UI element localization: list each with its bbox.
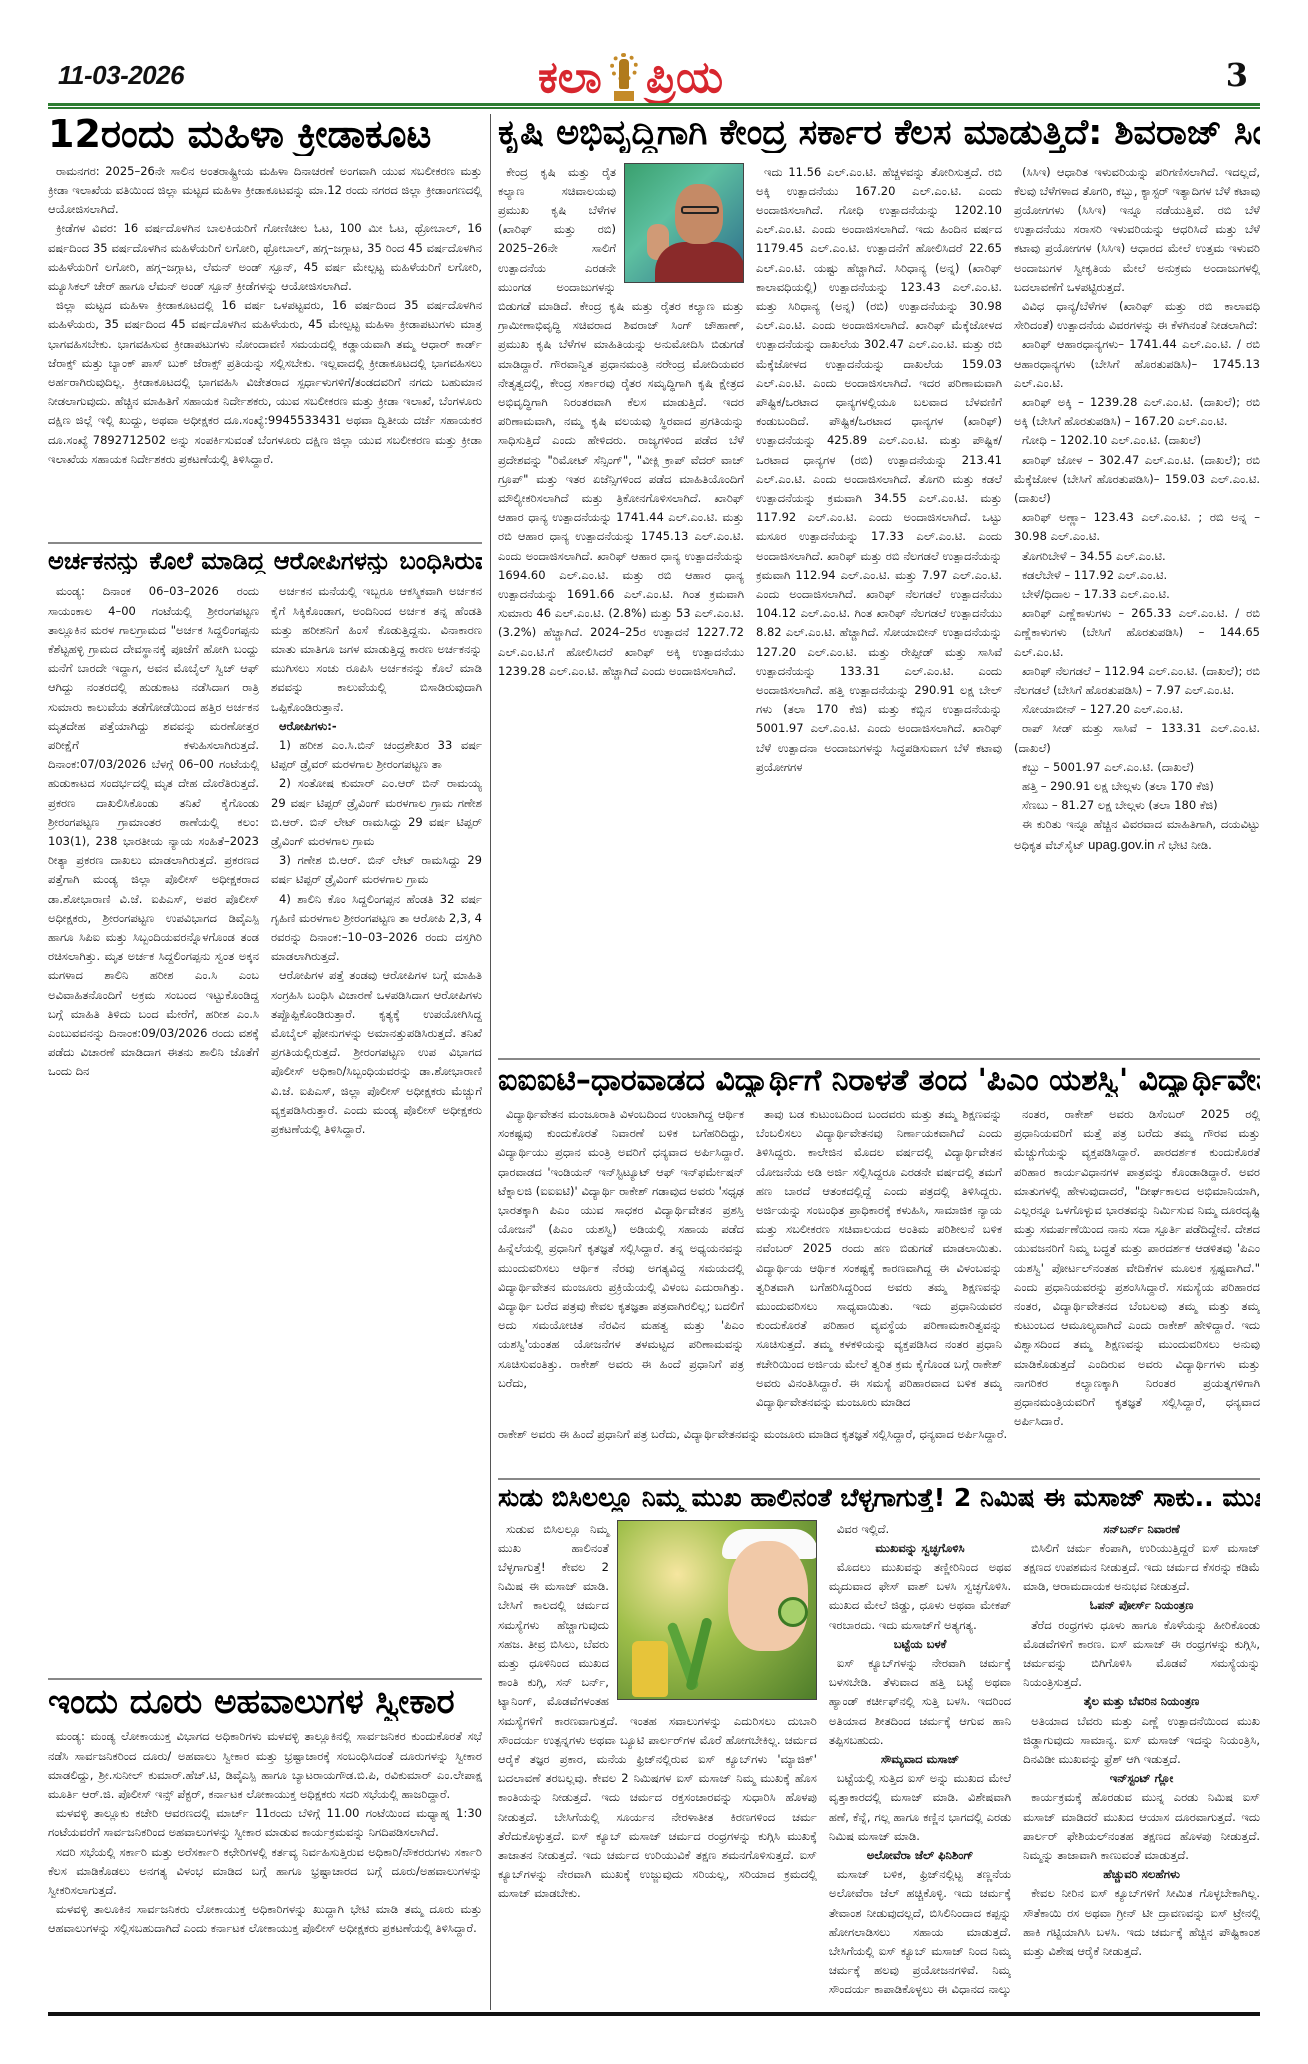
- closing-line: ರಾಕೇಶ್ ಅವರು ಈ ಹಿಂದೆ ಪ್ರಧಾನಿಗೆ ಪತ್ರ ಬರೆದು…: [498, 1425, 1260, 1444]
- paragraph: ಮಳವಳ್ಳಿ ತಾಲೂಕಿನ ಸಾರ್ವಜನಿಕರು ಲೋಕಾಯುಕ್ತ ಅಧ…: [48, 1900, 482, 1938]
- headline: ಸುಡು ಬಿಸಿಲಲ್ಲೂ ನಿಮ್ಮ ಮುಖ ಹಾಲಿನಂತೆ ಬೆಳ್ಳಗ…: [498, 1484, 1260, 1512]
- column-divider: [490, 114, 491, 2010]
- article-agriculture: ಕೃಷಿ ಅಭಿವೃದ್ಧಿಗಾಗಿ ಕೇಂದ್ರ ಸರ್ಕಾರ ಕೆಲಸ ಮಾ…: [498, 114, 1260, 1054]
- paragraph: ರಾಮನಗರ: 2025–26ನೇ ಸಾಲಿನ ಅಂತರಾಷ್ಟ್ರೀಯ ಮಹಿ…: [48, 162, 482, 220]
- paragraph: ವಿವಿಧ ಧಾನ್ಯ/ಬೆಳೆಗಳ (ಖಾರಿಫ್ ಮತ್ತು ರಬಿ ಕಾಲ…: [1014, 297, 1260, 335]
- stat-item: ಖಾರಿಫ್ ಅಣ್ಣಾ– 123.43 ಎಲ್.ಎಂ.ಟಿ. ; ರಬಿ ಅನ…: [1014, 508, 1260, 546]
- subheading: ಬಟ್ಟೆಯ ಬಳಕೆ: [829, 1635, 1011, 1654]
- article-columns: ಮಂಡ್ಯ: ದಿನಾಂಕ 06–03–2026 ರಂದು ಸಾಯಂಕಾಲ 4–…: [48, 582, 482, 1642]
- headline: ಅರ್ಚಕನನ್ನು ಕೊಲೆ ಮಾಡಿದ್ದ ಆರೋಪಿಗಳನ್ನು ಬಂಧಿ…: [48, 548, 482, 574]
- paragraph: ಆರೋಪಿಗಳ ಪತ್ತೆ ತಂಡವು ಆರೋಪಿಗಳ ಬಗ್ಗೆ ಮಾಹಿತಿ…: [271, 966, 482, 1139]
- accused-item: 2) ಸಂತೋಷ ಕುಮಾರ್ ಎಂ.ಆರ್ ಬಿನ್ ರಾಮಯ್ಯ 29 ವರ…: [271, 774, 482, 851]
- article-body: ರಾಮನಗರ: 2025–26ನೇ ಸಾಲಿನ ಅಂತರಾಷ್ಟ್ರೀಯ ಮಹಿ…: [48, 162, 482, 469]
- article-scholarship: ಐಐಐಟಿ–ಧಾರವಾಡದ ವಿದ್ಯಾರ್ಥಿಗೆ ನಿರಾಳತೆ ತಂದ '…: [498, 1064, 1260, 1464]
- paragraph: ಅತಿಯಾದ ಬೆವರು ಮತ್ತು ಎಣ್ಣೆ ಉತ್ಪಾದನೆಯಿಂದ ಮು…: [1023, 1712, 1260, 1770]
- masthead: 11-03-2026 ಕಲಾ ಪ್ರಿಯ 3: [48, 48, 1260, 108]
- stat-item: ಕಬ್ಬು – 5001.97 ಎಲ್.ಎಂ.ಟಿ. (ದಾಖಲೆ): [1014, 758, 1260, 777]
- article-sports: 12ರಂದು ಮಹಿಳಾ ಕ್ರೀಡಾಕೂಟ ರಾಮನಗರ: 2025–26ನೇ…: [48, 114, 482, 514]
- masthead-rule: [48, 103, 1260, 109]
- article-columns: ಕೇಂದ್ರ ಕೃಷಿ ಮತ್ತು ರೈತ ಕಲ್ಯಾಣ ಸಚಿವಾಲಯವು ಪ…: [498, 163, 1260, 1043]
- column: ಇದು 11.56 ಎಲ್.ಎಂ.ಟಿ. ಹೆಚ್ಚಳವನ್ನು ತೋರಿಸುತ…: [756, 163, 1002, 1043]
- subheading: ಇನ್‌ಸ್ಟಂಟ್ ಗ್ಲೋ: [1023, 1769, 1260, 1788]
- paragraph: ವಿದ್ಯಾರ್ಥಿವೇತನ ಮಂಜೂರಾತಿ ವಿಳಂಬದಿಂದ ಉಂಟಾಗಿ…: [498, 1105, 744, 1393]
- website-link[interactable]: upag.gov.in: [1088, 837, 1154, 852]
- stat-item: ರಾಪ್ ಸೀಡ್ ಮತ್ತು ಸಾಸಿವೆ – 133.31 ಎಲ್.ಎಂ.ಟ…: [1014, 719, 1260, 757]
- footer-text: ಗೆ ಭೇಟಿ ನೀಡಿ.: [1158, 838, 1212, 852]
- paragraph: ಐಸ್ ಕ್ಯೂಬ್‌ಗಳನ್ನು ನೇರವಾಗಿ ಚರ್ಮಕ್ಕೆ ಬಳಸಬೇ…: [829, 1654, 1011, 1750]
- stat-item: ಖಾರಿಫ್ ಎಣ್ಣೆಕಾಳುಗಳು – 265.33 ಎಲ್.ಎಂ.ಟಿ. …: [1014, 604, 1260, 662]
- subheading: ತೈಲ ಮತ್ತು ಬೆವರಿನ ನಿಯಂತ್ರಣ: [1023, 1692, 1260, 1711]
- divider: [48, 1678, 482, 1680]
- paragraph: ಜಿಲ್ಲಾ ಮಟ್ಟದ ಮಹಿಳಾ ಕ್ರೀಡಾಕೂಟದಲ್ಲಿ 16 ವರ್…: [48, 296, 482, 469]
- divider: [498, 1058, 1260, 1060]
- subheading: ಓಪನ್ ಪೋರ್ಸ್ ನಿಯಂತ್ರಣ: [1023, 1596, 1260, 1615]
- subheading: ಅಲೋವೆರಾ ಜೆಲ್ ಫಿನಿಶಿಂಗ್: [829, 1846, 1011, 1865]
- divider: [48, 542, 482, 544]
- article-columns: ಸುಡುವ ಬಿಸಿಲಲ್ಲೂ ನಿಮ್ಮ ಮುಖ ಹಾಲಿನಂತೆ ಬೆಳ್ಳ…: [498, 1520, 1260, 2000]
- logo-text-right: ಪ್ರಿಯ: [646, 52, 723, 103]
- stat-item: ಹತ್ತಿ – 290.91 ಲಕ್ಷ ಬೇಲ್ಗಳು (ತಲಾ 170 ಕೆಜ…: [1014, 777, 1260, 796]
- column: ತಾವು ಬಡ ಕುಟುಂಬದಿಂದ ಬಂದವರು ಮತ್ತು ತಮ್ಮ ಶಿಕ…: [756, 1105, 1002, 1425]
- paragraph: ಬಟ್ಟೆಯಲ್ಲಿ ಸುತ್ತಿದ ಐಸ್ ಅನ್ನು ಮುಖದ ಮೇಲೆ ವ…: [829, 1769, 1011, 1846]
- paragraph: ಅರ್ಚಕನ ಮನೆಯಲ್ಲಿ ಇಬ್ಬರೂ ಆಕಸ್ಮಿಕವಾಗಿ ಅರ್ಚಕ…: [271, 582, 482, 716]
- issue-date: 11-03-2026: [58, 60, 184, 91]
- newspaper-logo: ಕಲಾ ಪ್ರಿಯ: [538, 48, 723, 106]
- column: ಅರ್ಚಕನ ಮನೆಯಲ್ಲಿ ಇಬ್ಬರೂ ಆಕಸ್ಮಿಕವಾಗಿ ಅರ್ಚಕ…: [271, 582, 482, 1642]
- logo-text-left: ಕಲಾ: [538, 52, 602, 103]
- stat-item: ಖಾರಿಫ್ ಅಕ್ಕಿ – 1239.28 ಎಲ್.ಎಂ.ಟಿ. (ದಾಖಲೆ…: [1014, 393, 1260, 431]
- column: ನಂತರ, ರಾಕೇಶ್ ಅವರು ಡಿಸೆಂಬರ್ 2025 ರಲ್ಲಿ ಪ್…: [1014, 1105, 1260, 1425]
- paragraph: ಕಾರ್ಯಕ್ರಮಕ್ಕೆ ಹೊರಡುವ ಮುನ್ನ ಎರಡು ನಿಮಿಷ ಐಸ…: [1023, 1788, 1260, 1865]
- article-columns: ವಿದ್ಯಾರ್ಥಿವೇತನ ಮಂಜೂರಾತಿ ವಿಳಂಬದಿಂದ ಉಂಟಾಗಿ…: [498, 1105, 1260, 1425]
- paragraph: ಮಂಡ್ಯ: ಮಂಡ್ಯ ಲೋಕಾಯುಕ್ತ ವಿಭಾಗದ ಅಧಿಕಾರಿಗಳು…: [48, 1727, 482, 1804]
- page-bottom-rule: [48, 2012, 1260, 2016]
- paragraph: ಕೇವಲ ನೀರಿನ ಐಸ್ ಕ್ಯೂಬ್‌ಗಳಿಗೆ ಸೀಮಿತ ಗೊಳ್ಳಬ…: [1023, 1884, 1260, 1961]
- article-arrest: ಅರ್ಚಕನನ್ನು ಕೊಲೆ ಮಾಡಿದ್ದ ಆರೋಪಿಗಳನ್ನು ಬಂಧಿ…: [48, 548, 482, 1654]
- headline: 12ರಂದು ಮಹಿಳಾ ಕ್ರೀಡಾಕೂಟ: [48, 114, 482, 156]
- subheading: ಹೆಚ್ಚುವರಿ ಸಲಹೆಗಳು: [1023, 1865, 1260, 1884]
- stat-item: ಖಾರಿಫ್ ನೆಲಗಡಲೆ – 112.94 ಎಲ್.ಎಂ.ಟಿ. (ದಾಖಲ…: [1014, 662, 1260, 700]
- article-complaints: ಇಂದು ದೂರು ಅಹವಾಲುಗಳ ಸ್ವೀಕಾರ ಮಂಡ್ಯ: ಮಂಡ್ಯ …: [48, 1684, 482, 2004]
- accused-item: 1) ಹರೀಶ ಎಂ.ಸಿ.ಬಿನ್ ಚಂದ್ರಶೇಖರ 33 ವರ್ಷ ಟಿಪ…: [271, 736, 482, 774]
- paragraph: ನಂತರ, ರಾಕೇಶ್ ಅವರು ಡಿಸೆಂಬರ್ 2025 ರಲ್ಲಿ ಪ್…: [1014, 1105, 1260, 1425]
- paragraph: ತಾವು ಬಡ ಕುಟುಂಬದಿಂದ ಬಂದವರು ಮತ್ತು ತಮ್ಮ ಶಿಕ…: [756, 1105, 1002, 1412]
- subheading: ಸೌಮ್ಯವಾದ ಮಸಾಜ್: [829, 1750, 1011, 1769]
- paragraph: ಮೊದಲು ಮುಖವನ್ನು ತಣ್ಣೀರಿನಿಂದ ಅಥವ ಮೃದುವಾದ ಫ…: [829, 1558, 1011, 1635]
- paragraph: ಸದರಿ ಸಭೆಯಲ್ಲಿ ಸರ್ಕಾರಿ ಮತ್ತು ಅರೆಸರ್ಕಾರಿ ಕ…: [48, 1843, 482, 1901]
- column: ಮಂಡ್ಯ: ದಿನಾಂಕ 06–03–2026 ರಂದು ಸಾಯಂಕಾಲ 4–…: [48, 582, 259, 1642]
- woman-cucumber-photo: [617, 1520, 817, 1700]
- stat-item: ತೊಗರಿಬೇಳೆ – 34.55 ಎಲ್.ಎಂ.ಟಿ.: [1014, 547, 1260, 566]
- subheading: ಸನ್‌ಬರ್ನ್ ನಿವಾರಣೆ: [1023, 1520, 1260, 1539]
- stat-item: ಕಡಲೆಬೇಳೆ – 117.92 ಎಲ್.ಎಂ.ಟಿ.: [1014, 566, 1260, 585]
- paragraph: (ಸಿಸಿಇ) ಆಧಾರಿತ ಇಳುವರಿಯನ್ನು ಪರಿಗಣಿಸಲಾಗಿದೆ…: [1014, 163, 1260, 297]
- paragraph: ಮಳವಳ್ಳಿ ತಾಲ್ಲೂಕು ಕಚೇರಿ ಆವರಣದಲ್ಲಿ ಮಾರ್ಚ್ …: [48, 1804, 482, 1842]
- article-body: ಮಂಡ್ಯ: ಮಂಡ್ಯ ಲೋಕಾಯುಕ್ತ ವಿಭಾಗದ ಅಧಿಕಾರಿಗಳು…: [48, 1727, 482, 1938]
- stat-item: ಸೆಣಬು – 81.27 ಲಕ್ಷ ಬೇಲ್ಗಳು (ತಲಾ 180 ಕೆಜಿ…: [1014, 796, 1260, 815]
- paragraph: ಮಸಾಜ್ ಬಳಿಕ, ಫ್ರಿಜ್‌ನಲ್ಲಿಟ್ಟ ತಣ್ಣನೆಯ ಅಲೋವ…: [829, 1865, 1011, 1999]
- subheading: ಮುಖವನ್ನು ಸ್ವಚ್ಛಗೊಳಿಸಿ: [829, 1539, 1011, 1558]
- paragraph: ಕ್ರೀಡೆಗಳ ವಿವರ: 16 ವರ್ಷದೊಳಗಿನ ಬಾಲಕಿಯರಿಗೆ …: [48, 219, 482, 296]
- column: (ಸಿಸಿಇ) ಆಧಾರಿತ ಇಳುವರಿಯನ್ನು ಪರಿಗಣಿಸಲಾಗಿದೆ…: [1014, 163, 1260, 1043]
- column: ವಿವರ ಇಲ್ಲಿದೆ. ಮುಖವನ್ನು ಸ್ವಚ್ಛಗೊಳಿಸಿ ಮೊದಲ…: [829, 1520, 1011, 2000]
- stat-item: ಬೇಳೆ/ಧಿದಾಲ – 17.33 ಎಲ್.ಎಂ.ಟಿ.: [1014, 585, 1260, 604]
- paragraph: ತೆರೆದ ರಂಧ್ರಗಳು ಧೂಳು ಹಾಗೂ ಕೊಳೆಯನ್ನು ಹೀರಿಕ…: [1023, 1616, 1260, 1693]
- page-number: 3: [1226, 56, 1248, 94]
- stat-item: ಗೋಧಿ – 1202.10 ಎಲ್.ಎಂ.ಟಿ. (ದಾಖಲೆ): [1014, 431, 1260, 450]
- headline: ಇಂದು ದೂರು ಅಹವಾಲುಗಳ ಸ್ವೀಕಾರ: [48, 1684, 482, 1721]
- accused-item: 3) ಗಣೇಶ ಬಿ.ಆರ್. ಬಿನ್ ಲೇಟ್ ರಾಮಸಿದ್ದು 29 ವ…: [271, 851, 482, 889]
- accused-item: 4) ಶಾಲಿನಿ ಕೊಂ ಸಿದ್ದಲಿಂಗಪ್ಪನ ಹೆಂಡತಿ 32 ವರ…: [271, 890, 482, 967]
- article-skincare: ಸುಡು ಬಿಸಿಲಲ್ಲೂ ನಿಮ್ಮ ಮುಖ ಹಾಲಿನಂತೆ ಬೆಳ್ಳಗ…: [498, 1484, 1260, 2010]
- divider: [498, 1478, 1260, 1480]
- headline: ಐಐಐಟಿ–ಧಾರವಾಡದ ವಿದ್ಯಾರ್ಥಿಗೆ ನಿರಾಳತೆ ತಂದ '…: [498, 1064, 1260, 1097]
- stat-item: ಖಾರಿಫ್ ಜೋಳ – 302.47 ಎಲ್.ಎಂ.ಟಿ. (ದಾಖಲೆ); …: [1014, 451, 1260, 509]
- accused-label: ಆರೋಪಿಗಳು:-: [271, 717, 482, 736]
- stat-item: ಖಾರಿಫ್ ಆಹಾರಧಾನ್ಯಗಳು– 1741.44 ಎಲ್.ಎಂ.ಟಿ. …: [1014, 335, 1260, 393]
- column: ಕೇಂದ್ರ ಕೃಷಿ ಮತ್ತು ರೈತ ಕಲ್ಯಾಣ ಸಚಿವಾಲಯವು ಪ…: [498, 163, 744, 1043]
- paragraph: ಇದು 11.56 ಎಲ್.ಎಂ.ಟಿ. ಹೆಚ್ಚಳವನ್ನು ತೋರಿಸುತ…: [756, 163, 1002, 778]
- column: ಸುಡುವ ಬಿಸಿಲಲ್ಲೂ ನಿಮ್ಮ ಮುಖ ಹಾಲಿನಂತೆ ಬೆಳ್ಳ…: [498, 1520, 817, 2000]
- stat-item: ಸೋಯಾಬೀನ್ – 127.20 ಎಲ್.ಎಂ.ಟಿ.: [1014, 700, 1260, 719]
- nataraja-emblem-icon: [608, 51, 640, 103]
- paragraph: ಮಂಡ್ಯ: ದಿನಾಂಕ 06–03–2026 ರಂದು ಸಾಯಂಕಾಲ 4–…: [48, 582, 259, 1081]
- paragraph: ಬಿಸಿಲಿಗೆ ಚರ್ಮ ಕೆಂಪಾಗಿ, ಉರಿಯುತ್ತಿದ್ದರೆ ಐಸ…: [1023, 1539, 1260, 1597]
- column: ವಿದ್ಯಾರ್ಥಿವೇತನ ಮಂಜೂರಾತಿ ವಿಳಂಬದಿಂದ ಉಂಟಾಗಿ…: [498, 1105, 744, 1425]
- minister-photo: [624, 163, 744, 283]
- headline: ಕೃಷಿ ಅಭಿವೃದ್ಧಿಗಾಗಿ ಕೇಂದ್ರ ಸರ್ಕಾರ ಕೆಲಸ ಮಾ…: [498, 114, 1260, 153]
- column: ಸನ್‌ಬರ್ನ್ ನಿವಾರಣೆ ಬಿಸಿಲಿಗೆ ಚರ್ಮ ಕೆಂಪಾಗಿ,…: [1023, 1520, 1260, 2000]
- paragraph: ವಿವರ ಇಲ್ಲಿದೆ.: [829, 1520, 1011, 1539]
